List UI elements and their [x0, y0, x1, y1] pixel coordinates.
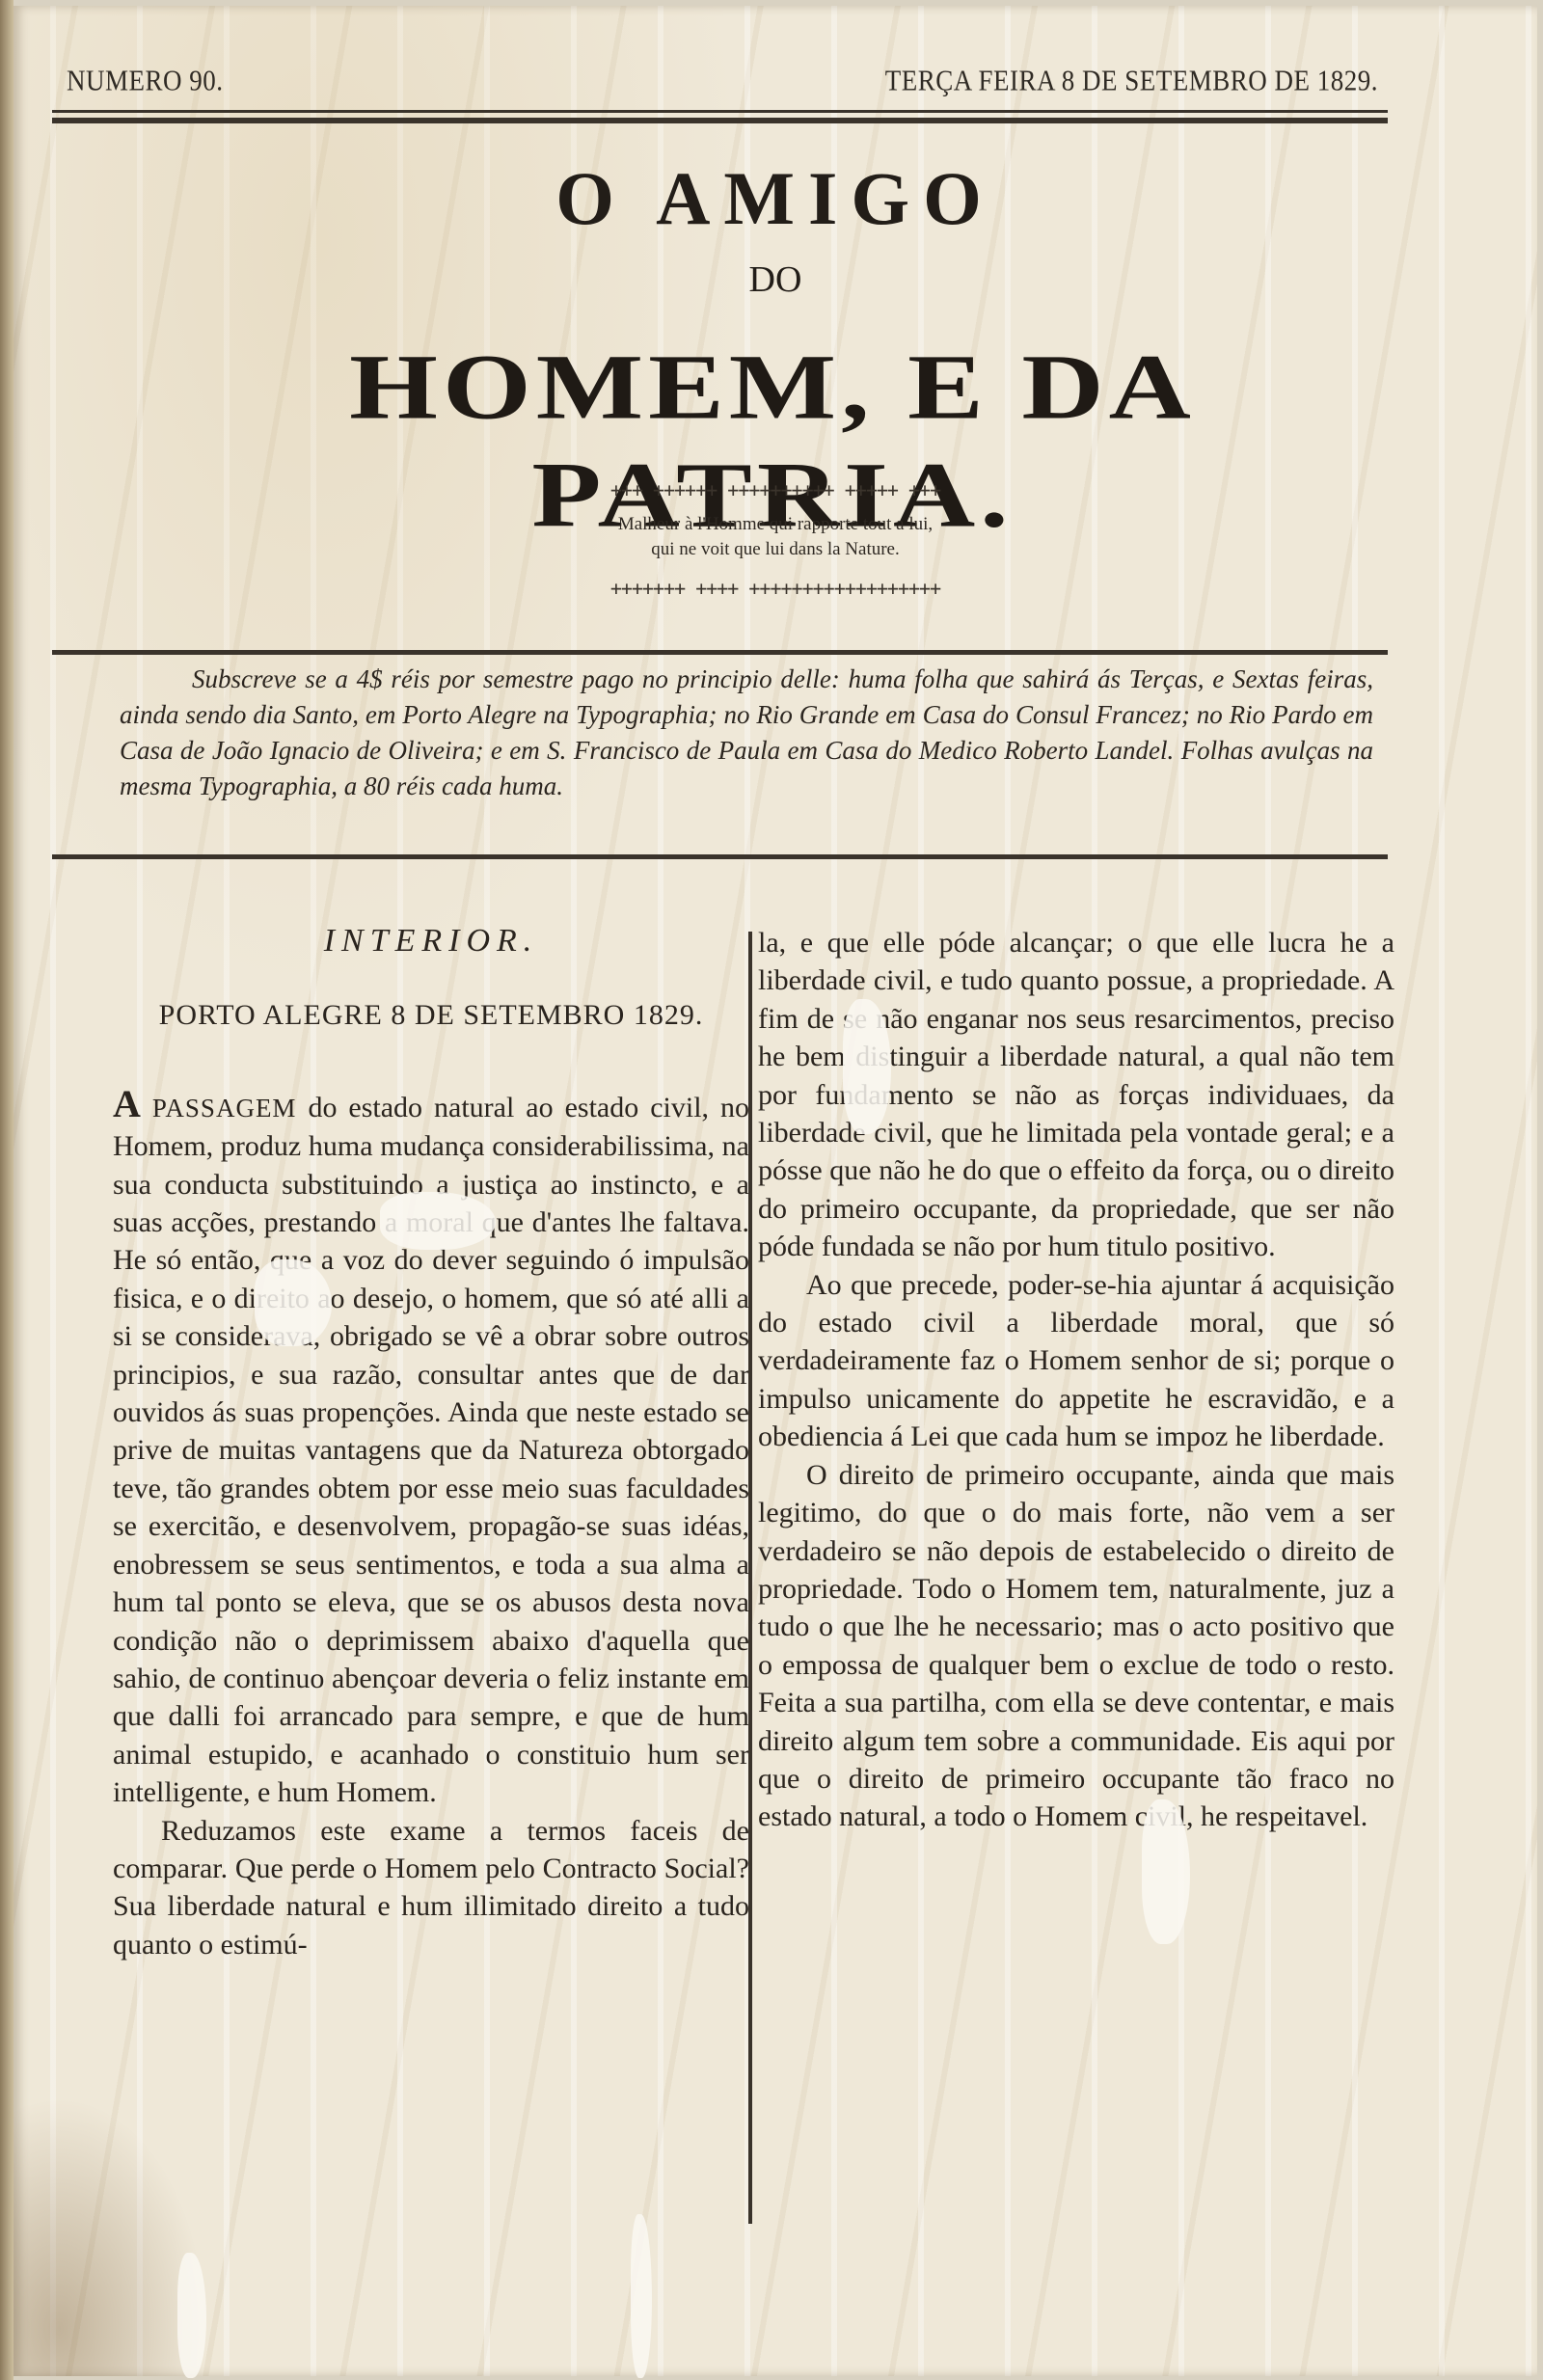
drop-cap: A	[113, 1082, 141, 1125]
column-divider	[748, 932, 752, 2224]
subscription-text: Subscreve se a 4$ réis por semestre pago…	[120, 662, 1373, 804]
epigraph: Malheur à l'Homme qui rapporte tout a lu…	[14, 512, 1537, 562]
paragraph-text: do estado natural ao estado civil, no Ho…	[113, 1092, 749, 1808]
paper-damage	[631, 2214, 652, 2378]
book-binding-edge	[0, 0, 14, 2380]
article-dateline: PORTO ALEGRE 8 DE SETEMBRO 1829.	[113, 996, 749, 1034]
article-paragraph-5: O direito de primeiro occupante, ainda q…	[758, 1456, 1394, 1836]
article-paragraph-2: Reduzamos este exame a termos faceis de …	[113, 1812, 749, 1964]
ornament-rule-bottom: +++++++ ++++ ++++++++++++++++++	[14, 577, 1537, 600]
subscription-bottom-rule	[52, 854, 1388, 859]
epigraph-line-1: Malheur à l'Homme qui rapporte tout a lu…	[14, 512, 1537, 537]
masthead-issue-line: NUMERO 90. TERÇA FEIRA 8 DE SETEMBRO DE …	[67, 64, 1378, 98]
epigraph-line-2: qui ne voit que lui dans la Nature.	[14, 537, 1537, 562]
subscription-top-rule	[52, 650, 1388, 655]
paper-damage	[177, 2253, 206, 2378]
article-paragraph-4: Ao que precede, poder-se-hia ajuntar á a…	[758, 1266, 1394, 1456]
article-paragraph-3: la, e que elle póde alcançar; o que elle…	[758, 924, 1394, 1266]
article-paragraph-1: A PASSAGEM do estado natural ao estado c…	[113, 1085, 749, 1812]
masthead-rule	[52, 110, 1388, 123]
lead-caps: PASSAGEM	[152, 1094, 297, 1122]
ornament-rule-top: +++ ++++++ ++++++++++ +++++ +++	[14, 478, 1537, 501]
newspaper-title-line1: O AMIGO	[14, 155, 1537, 242]
issue-number: NUMERO 90.	[67, 64, 224, 98]
article-column-left: INTERIOR. PORTO ALEGRE 8 DE SETEMBRO 182…	[113, 922, 749, 1963]
subscription-notice: Subscreve se a 4$ réis por semestre pago…	[120, 662, 1373, 804]
issue-date: TERÇA FEIRA 8 DE SETEMBRO DE 1829.	[885, 64, 1378, 98]
newspaper-title-line2: DO	[14, 258, 1537, 301]
newspaper-page: NUMERO 90. TERÇA FEIRA 8 DE SETEMBRO DE …	[14, 6, 1537, 2376]
section-heading: INTERIOR.	[113, 922, 749, 960]
article-column-right: la, e que elle póde alcançar; o que elle…	[758, 924, 1394, 1836]
